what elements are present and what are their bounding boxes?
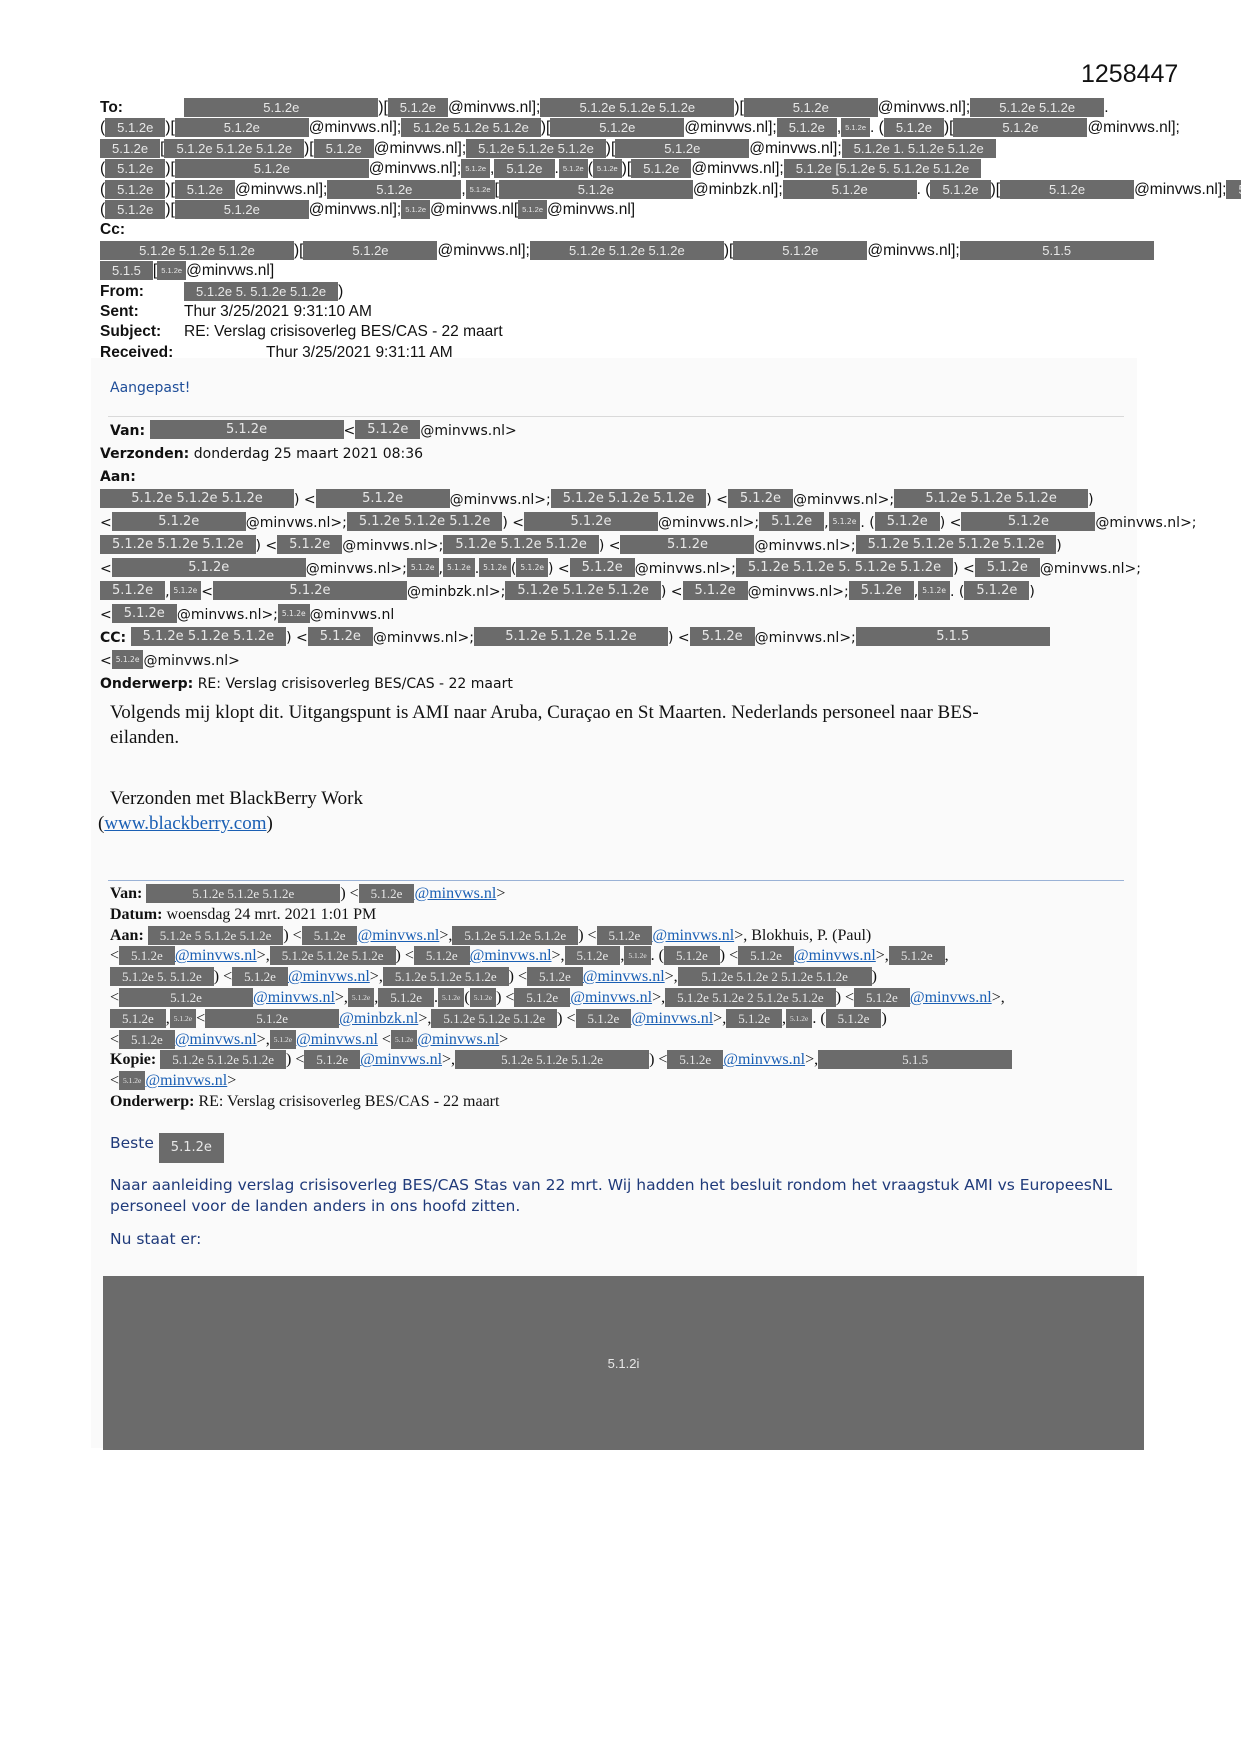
text-run: @minvws.nl];: [684, 119, 776, 136]
redaction-block: 5.1.2e: [270, 1030, 296, 1049]
redaction-block: 5.1.2e: [112, 650, 144, 669]
redaction-block: 5.1.2e: [308, 627, 373, 646]
redaction-block: 5.1.2e: [150, 420, 344, 439]
redaction-block: 5.1.2e: [884, 118, 944, 137]
redaction-block: 5.1.2e: [667, 1050, 723, 1069]
text-run: @minvws.nl];: [448, 99, 540, 116]
text-run: . (: [917, 181, 931, 198]
redaction-block: 5.1.2e: [119, 1030, 175, 1049]
text-run: ) <: [256, 538, 278, 554]
text-run: >,: [992, 989, 1005, 1006]
redaction-block: 5.1.2e: [918, 581, 950, 600]
text-run: >,: [257, 1031, 270, 1048]
redaction-block: 5.1.2e: [391, 1030, 417, 1049]
text-run: @minvws.nl];: [878, 99, 970, 116]
text-run: @minvws.nl>;: [748, 584, 849, 600]
text-run: @minvws.nl];: [691, 160, 783, 177]
text-run: @minvws.nl];: [374, 140, 466, 157]
text-run: @minvws.nl[: [430, 201, 518, 218]
redaction-block: 5.1.2e 5.1.2e 5.1.2e: [452, 926, 578, 945]
onderwerp-field: Onderwerp: RE: Verslag crisisoverleg BES…: [100, 673, 1130, 696]
subject-field: Subject:RE: Verslag crisisoverleg BES/CA…: [100, 322, 1130, 342]
redaction-block: 5.1.2e: [407, 558, 439, 577]
redaction-block: 5.1.2e: [112, 512, 246, 531]
redaction-block: 5.1.2e 5.1.2e 5.1.2e: [505, 581, 661, 600]
text-run: ) <: [502, 515, 524, 531]
redaction-block: 5.1.2e: [975, 558, 1040, 577]
recipient-line: 5.1.2e,5.1.2e<5.1.2e@minbzk.nl>;5.1.2e 5…: [100, 581, 1130, 604]
redaction-block: 5.1.2e: [728, 489, 793, 508]
redaction-block: 5.1.2e: [953, 118, 1087, 137]
verzonden-field: Verzonden: donderdag 25 maart 2021 08:36: [100, 443, 1130, 466]
redaction-block: 5.1.2e: [733, 241, 867, 260]
recipient-line: 5.1.2e 5 5.1.2e 5.1.2e) <5.1.2e@minvws.n…: [148, 927, 871, 944]
text-run: ) <: [396, 947, 414, 964]
email-link[interactable]: @minvws.nl: [288, 968, 370, 985]
text-run: >: [496, 885, 505, 902]
redaction-block: 5.1.2e: [565, 946, 621, 965]
text-run: ) <: [599, 538, 621, 554]
redaction-block: 5.1.2e: [304, 1050, 360, 1069]
redaction-block: 5.1.2e: [443, 558, 475, 577]
redaction-block: 5.1.2e 5.1.2e 5.1.2e: [100, 241, 294, 260]
redaction-block: 5.1.2e 5.1.2e 5.1.2e: [443, 535, 599, 554]
email-link[interactable]: @minvws.nl: [910, 989, 992, 1006]
onderwerp-label-3: Onderwerp:: [110, 1092, 194, 1113]
text-run: ) <: [661, 584, 683, 600]
redaction-block: 5.1.2e: [119, 1071, 145, 1090]
redaction-block: 5.1.2e: [175, 118, 309, 137]
cc-label: Cc:: [100, 220, 180, 240]
redaction-block: 5.1.2e: [159, 1133, 224, 1163]
recipient-line: <5.1.2e@minvws.nl>;5.1.2e,5.1.2e.5.1.2e(…: [100, 558, 1130, 581]
email-link[interactable]: @minvws.nl: [631, 1010, 713, 1027]
redaction-block: 5.1.2e: [783, 180, 917, 199]
redaction-block: 5.1.2e 5.1.2e 5.1.2e: [540, 98, 734, 117]
text-run: )[: [378, 99, 387, 116]
redaction-block: 5.1.2e: [527, 967, 583, 986]
text-run: @minbzk.nl>;: [407, 584, 505, 600]
van-field: Van: 5.1.2e<5.1.2e@minvws.nl>: [100, 420, 1130, 443]
text-run: .: [1104, 99, 1108, 116]
text-run: )[: [294, 242, 303, 259]
redaction-block: 5.1.2e: [829, 512, 861, 531]
message3-header: Van: 5.1.2e 5.1.2e 5.1.2e) <5.1.2e@minvw…: [110, 884, 1130, 1113]
sent-field: Sent:Thur 3/25/2021 9:31:10 AM: [100, 302, 1130, 322]
text-run: ): [872, 968, 877, 985]
text-run: )[: [165, 119, 174, 136]
text-run: ): [1088, 492, 1093, 508]
text-run: ): [1029, 584, 1034, 600]
kopie-label: Kopie:: [110, 1050, 156, 1071]
text-run: @minvws.nl];: [235, 181, 327, 198]
redaction-block: 5.1.2e: [930, 180, 990, 199]
redaction-block: 5.1.2e: [438, 988, 464, 1007]
text-run: @minvws.nl: [310, 607, 395, 623]
paragraph-2: Nu staat er:: [110, 1229, 1120, 1250]
text-run: . (: [870, 119, 884, 136]
text-run: ) <: [578, 927, 596, 944]
signature: Verzonden met BlackBerry Work: [110, 786, 1110, 811]
large-redaction-block: 5.1.2i: [103, 1276, 1144, 1450]
divider: [108, 416, 1124, 417]
text-run: . (: [651, 947, 664, 964]
redaction-block: 5.1.2e: [524, 512, 658, 531]
redaction-block: 5.1.2e: [597, 926, 653, 945]
redaction-block: 5.1.2e 5.1.2e 5.1.2e: [383, 967, 509, 986]
redaction-block: 5.1.2e: [119, 988, 253, 1007]
recipient-line: 5.1.2e 5.1.2e 5.1.2e) <5.1.2e@minvws.nl>…: [100, 535, 1130, 558]
redaction-block: 5.1.2e: [119, 946, 175, 965]
redaction-block: 5.1.2e: [875, 512, 940, 531]
redaction-block: 5.1.2e: [112, 558, 306, 577]
email-link[interactable]: @minvws.nl: [470, 947, 552, 964]
text-run: @minvws.nl>;: [450, 492, 551, 508]
blackberry-link[interactable]: www.blackberry.com: [104, 813, 266, 834]
redaction-block: 5.1.2e 5.1.2e: [970, 98, 1104, 117]
redaction-block: 5.1.2e 5.1.2e 5.1.2e: [401, 118, 541, 137]
text-run: @minvws.nl];: [369, 160, 461, 177]
text-run: >,: [713, 1010, 726, 1027]
recipient-line: 5.1.5[5.1.2e@minvws.nl]: [100, 261, 1130, 281]
redaction-block: 5.1.2e: [105, 118, 165, 137]
redaction-block: 5.1.2e 5.1.2e 5.1.2e: [466, 139, 606, 158]
redaction-block: 5.1.2e 5.1.2e 5.1.2e: [146, 884, 340, 903]
redaction-block: 5.1.2e 5.1.2e 5.1.2e: [474, 627, 668, 646]
cc-field: Cc: 5.1.2e 5.1.2e 5.1.2e)[5.1.2e@minvws.…: [100, 220, 1130, 281]
sent-value: Thur 3/25/2021 9:31:10 AM: [184, 303, 372, 320]
redaction-block: 5.1.2e 5.1.2e 5.1.2e: [164, 139, 304, 158]
text-run: @minvws.nl>;: [1040, 561, 1141, 577]
text-run: @minvws.nl>;: [342, 538, 443, 554]
text-run: >,: [805, 1051, 818, 1068]
redaction-block: 5.1.2e: [303, 241, 437, 260]
recipient-line: 5.1.2e 5.1.2e 5.1.2e) <5.1.2e@minvws.nl>…: [100, 492, 1094, 508]
recipient-line: 5.1.2e 5. 5.1.2e) <5.1.2e@minvws.nl>,5.1…: [110, 967, 1130, 988]
text-run: >,: [442, 1051, 455, 1068]
redaction-block: 5.1.2e: [499, 180, 693, 199]
text-run: . (: [950, 584, 964, 600]
recipient-line: <5.1.2e@minvws.nl>;5.1.2e@minvws.nl: [100, 604, 1130, 627]
text-run: ) <: [706, 492, 728, 508]
text-run: >: [499, 1031, 508, 1048]
redaction-block: 5.1.2e: [105, 200, 165, 219]
redaction-block: 5.1.2e: [205, 1009, 339, 1028]
text-run: ) <: [557, 1010, 575, 1027]
text-run: >,: [665, 968, 678, 985]
text-run: @minvws.nl>;: [306, 561, 407, 577]
redaction-block: 5.1.2e 1. 5.1.2e 5.1.2e: [842, 139, 996, 158]
text-run: <: [110, 947, 119, 964]
redaction-block: 5.1.2e: [100, 581, 165, 600]
redaction-block: 5.1.2e 5. 5.1.2e 5.1.2e: [184, 282, 338, 301]
redaction-block: 5.1.2e: [232, 967, 288, 986]
recipient-line: (5.1.2e)[5.1.2e@minvws.nl];5.1.2e 5.1.2e…: [100, 118, 1130, 138]
text-run: ) <: [286, 1051, 304, 1068]
recipient-line: 5.1.2e)[5.1.2e@minvws.nl];5.1.2e 5.1.2e …: [184, 99, 1108, 116]
redaction-block: 5.1.2e: [1000, 180, 1134, 199]
document-id: 1258447: [1081, 60, 1178, 89]
redaction-block: 5.1.2e: [738, 946, 794, 965]
email-link[interactable]: @minvws.nl: [296, 1031, 378, 1048]
redaction-block: 5.1.2e: [327, 180, 461, 199]
from-field: From:5.1.2e 5. 5.1.2e 5.1.2e): [100, 282, 1130, 302]
email-link[interactable]: @minvws.nl: [417, 1031, 499, 1048]
redaction-block: 5.1.2e: [302, 926, 358, 945]
redaction-block: 5.1.2e: [278, 604, 310, 623]
text-run: @minvws.nl];: [309, 119, 401, 136]
email-link[interactable]: @minvws.nl: [145, 1072, 227, 1089]
text-run: @minvws.nl]: [547, 201, 635, 218]
redaction-block: 5.1.2e: [470, 988, 496, 1007]
email-link[interactable]: @minvws.nl: [357, 927, 439, 944]
redaction-block: 5.1.2e: [889, 946, 945, 965]
cc-recipients: 5.1.2e 5.1.2e 5.1.2e)[5.1.2e@minvws.nl];…: [100, 242, 1154, 259]
text-run: >,: [439, 927, 452, 944]
text-run: @minvws.nl>;: [793, 492, 894, 508]
redaction-block: 5.1.2e: [175, 200, 309, 219]
text-run: ) <: [214, 968, 232, 985]
redaction-block: 5.1.2e: [518, 200, 547, 219]
text-run: )[: [944, 119, 953, 136]
email-link[interactable]: @minvws.nl: [794, 947, 876, 964]
redaction-block: 5.1.2e: [105, 180, 165, 199]
redaction-block: 5.1.2e 5.1.2e 5.1.2e: [131, 627, 287, 646]
text-run: @minvws.nl>: [143, 653, 239, 669]
text-run: @minvws.nl];: [437, 242, 529, 259]
onderwerp-value: RE: Verslag crisisoverleg BES/CAS - 22 m…: [198, 676, 513, 692]
redaction-block: 5.1.2e: [961, 512, 1095, 531]
divider-2: [108, 880, 1124, 881]
verzonden-value: donderdag 25 maart 2021 08:36: [194, 446, 423, 462]
redaction-block: 5.1.2e: [514, 988, 570, 1007]
recipient-line: <5.1.2e@minvws.nl>;5.1.2e 5.1.2e 5.1.2e)…: [100, 512, 1130, 535]
redaction-block: 5.1.2e: [355, 420, 420, 439]
redaction-block: 5.1.2e: [615, 139, 749, 158]
redaction-block: 5.1.2e: [690, 627, 755, 646]
redaction-block: 5.1.2e 5.1.2e 5.1.2e: [270, 946, 396, 965]
text-run: @minvws.nl];: [1134, 181, 1226, 198]
subject-label: Subject:: [100, 322, 184, 342]
text-run: ) <: [283, 927, 301, 944]
redaction-block: 5.1.2e: [359, 884, 415, 903]
cc-field-2: CC: 5.1.2e 5.1.2e 5.1.2e) <5.1.2e@minvws…: [100, 627, 1130, 673]
text-run: ) <: [668, 630, 690, 646]
recipient-line: <5.1.2e@minvws.nl>,5.1.2e 5.1.2e 5.1.2e)…: [110, 946, 1130, 967]
text-run: >,: [335, 989, 348, 1006]
redaction-block: 5.1.2e 5.1.2e 5.1.2e: [455, 1050, 649, 1069]
redaction-block: 5.1.2e: [744, 98, 878, 117]
text-run: @minvws.nl>;: [1095, 515, 1196, 531]
redaction-block: 5.1.2e: [786, 1009, 812, 1028]
text-run: )[: [606, 140, 615, 157]
text-run: ) <: [286, 630, 308, 646]
redaction-block: 5.1.2e 5. 5.1.2e: [110, 967, 214, 986]
text-run: @minvws.nl];: [749, 140, 841, 157]
text-run: ) <: [953, 561, 975, 577]
van-label-3: Van:: [110, 884, 142, 905]
redaction-block: 5.1.2e: [170, 1009, 196, 1028]
recipient-line: 5.1.2e 5.1.2e 5.1.2e) <5.1.2e@minvws.nl>…: [131, 630, 1050, 646]
redaction-block: 5.1.2e: [841, 118, 870, 137]
redaction-block: 5.1.2e: [170, 581, 202, 600]
redaction-block: 5.1.5: [856, 627, 1050, 646]
email-link[interactable]: @minvws.nl: [360, 1051, 442, 1068]
redaction-block: 5.1.2e 5.1.2e 2 5.1.2e 5.1.2e: [678, 967, 872, 986]
cc-label-2: CC:: [100, 627, 126, 650]
text-run: <: [100, 653, 112, 669]
text-run: <: [110, 1031, 119, 1048]
text-run: >,: [370, 968, 383, 985]
recipient-line: <5.1.2e@minvws.nl>,5.1.2e,5.1.2e.5.1.2e(…: [110, 988, 1130, 1009]
redaction-block: 5.1.2e: [826, 1009, 882, 1028]
text-run: <: [100, 515, 112, 531]
recipient-line: 5.1.2e 5.1.2e 5.1.2e) <5.1.2e@minvws.nl>…: [160, 1051, 1012, 1068]
redaction-block: 5.1.2e: [378, 988, 434, 1007]
redaction-block: 5.1.2e 5.1.2e 5.1.2e: [431, 1009, 557, 1028]
redaction-block: 5.1.2e: [550, 118, 684, 137]
text-run: )[: [165, 181, 174, 198]
text-run: >,: [876, 947, 889, 964]
text-run: ): [1056, 538, 1061, 554]
message2-body: Volgends mij klopt dit. Uitgangspunt is …: [110, 700, 1110, 836]
redaction-block: 5.1.2e: [777, 118, 837, 137]
redaction-block: 5.1.2e 5.1.2e 5.1.2e: [100, 489, 294, 508]
to-field: To: 5.1.2e)[5.1.2e@minvws.nl];5.1.2e 5.1…: [100, 98, 1130, 220]
email-link[interactable]: @minvws.nl: [652, 927, 734, 944]
redaction-block: 5.1.2e: [213, 581, 407, 600]
text-run: <: [344, 423, 356, 439]
redaction-block: 5.1.2e: [401, 200, 430, 219]
text-run: >, Blokhuis, P. (Paul): [734, 927, 871, 944]
redaction-block: 5.1.2e 5.1.2e 5.1.2e: [894, 489, 1088, 508]
text-run: ) <: [720, 947, 738, 964]
redaction-block: 5.1.5: [818, 1050, 1012, 1069]
verzonden-label: Verzonden:: [100, 443, 189, 466]
redaction-block: 5.1.2e: [683, 581, 748, 600]
email-link[interactable]: @minvws.nl: [175, 947, 257, 964]
greeting: Beste: [110, 1134, 154, 1152]
redaction-block: 5.1.2e: [494, 159, 554, 178]
redaction-block: 5.1.2e: [849, 581, 914, 600]
redaction-block: 5.1.2e: [184, 98, 378, 117]
text-run: ): [881, 1010, 886, 1027]
redaction-block: 5.1.2e 5.1.2e 2 5.1.2e 5.1.2e: [665, 988, 836, 1007]
recipient-line: (5.1.2e)[5.1.2e@minvws.nl];5.1.2e,5.1.2e…: [100, 159, 1130, 179]
text-run: @minvws.nl>;: [246, 515, 347, 531]
text-run: <: [110, 1072, 119, 1089]
redaction-block: 5.1.2e: [414, 946, 470, 965]
text-run: )[: [541, 119, 550, 136]
text-run: )[: [165, 160, 174, 177]
text-run: >,: [552, 947, 565, 964]
text-run: @minbzk.nl];: [693, 181, 783, 198]
redaction-block: 5.1.2e: [664, 946, 720, 965]
text-run: )[: [734, 99, 743, 116]
redaction-block: 5.1.2e: [175, 180, 235, 199]
recipient-line: <5.1.2e@minvws.nl>: [110, 1071, 1130, 1092]
redaction-block: 5.1.2e: [314, 139, 374, 158]
redaction-block: 5.1.2e: [516, 558, 548, 577]
redaction-block: 5.1.2e 5.1.2e 5.1.2e: [530, 241, 724, 260]
text-run: ) <: [940, 515, 962, 531]
text-run: @minvws.nl>: [420, 423, 516, 439]
text-run: <: [196, 1010, 205, 1027]
text-run: )[: [304, 140, 313, 157]
email-link[interactable]: @minvws.nl: [414, 885, 496, 902]
recipient-line: 5.1.2e 5.1.2e 5.1.2e)[5.1.2e@minvws.nl];…: [100, 242, 1154, 259]
email-link[interactable]: @minvws.nl: [583, 968, 665, 985]
redaction-block: 5.1.2e: [631, 159, 691, 178]
redaction-block: 5.1.2e 5.1.2e 5. 5.1.2e 5.1.2e: [736, 558, 953, 577]
redaction-block: 5.1.2e: [479, 558, 511, 577]
to-recipients: 5.1.2e)[5.1.2e@minvws.nl];5.1.2e 5.1.2e …: [184, 99, 1108, 116]
text-run: . (: [860, 515, 874, 531]
redaction-block: 5.1.2e 5.1.2e 5.1.2e: [100, 535, 256, 554]
email-link[interactable]: @minvws.nl: [723, 1051, 805, 1068]
redaction-block: 5.1.2e: [759, 512, 824, 531]
email-link[interactable]: @minbzk.nl: [339, 1010, 418, 1027]
text-run: ) <: [294, 492, 316, 508]
text-run: <: [100, 561, 112, 577]
text-run: ) <: [649, 1051, 667, 1068]
paragraph-1: Naar aanleiding verslag crisisoverleg BE…: [110, 1175, 1120, 1217]
redaction-block: 5.1.2e: [854, 988, 910, 1007]
text-run: . (: [812, 1010, 825, 1027]
text-run: ) <: [836, 989, 854, 1006]
text-run: )[: [991, 181, 1000, 198]
datum-value: woensdag 24 mrt. 2021 1:01 PM: [166, 906, 376, 923]
text-run: ) <: [548, 561, 570, 577]
redaction-block: 5.1.2e: [726, 1009, 782, 1028]
text-run: @minvws.nl];: [867, 242, 959, 259]
redaction-block: 5.1.2e: [570, 558, 635, 577]
aan-label: Aan:: [100, 466, 136, 489]
redaction-block: 5.1.2e: [620, 535, 754, 554]
redaction-block: 5.1.2e 5.1.2e 5.1.2e: [347, 512, 503, 531]
text-run: ) <: [340, 885, 358, 902]
email-link[interactable]: @minvws.nl: [175, 1031, 257, 1048]
to-label: To:: [100, 98, 180, 118]
text-run: @minvws.nl>;: [658, 515, 759, 531]
text-run: @minvws.nl];: [309, 201, 401, 218]
text-run: <: [201, 584, 213, 600]
redaction-block: 5.1.2e: [110, 1009, 166, 1028]
redaction-block: 5.1.2e: [624, 946, 650, 965]
redaction-block: 5.1.2e: [316, 489, 450, 508]
text-run: )[: [724, 242, 733, 259]
email-link[interactable]: @minvws.nl: [253, 989, 335, 1006]
onderwerp-label: Onderwerp:: [100, 673, 193, 696]
text-run: )[: [165, 201, 174, 218]
redaction-block: 5.1.2e: [964, 581, 1029, 600]
body-line-1: Volgends mij klopt dit. Uitgangspunt is …: [110, 700, 1110, 725]
text-run: <: [110, 989, 119, 1006]
recipient-line: 5.1.2e[5.1.2e 5.1.2e 5.1.2e)[5.1.2e@minv…: [100, 139, 1130, 159]
sent-label: Sent:: [100, 302, 184, 322]
text-run: >,: [652, 989, 665, 1006]
redaction-block: 5.1.2e: [466, 180, 495, 199]
text-run: ) <: [496, 989, 514, 1006]
redaction-block: 5.1.2e 5.1.2e 5.1.2e: [160, 1050, 286, 1069]
text-run: ,: [945, 947, 949, 964]
redaction-block: 5.1.2e: [388, 98, 448, 117]
message3-body: Beste 5.1.2e Naar aanleiding verslag cri…: [110, 1133, 1120, 1250]
text-run: @minvws.nl>;: [754, 538, 855, 554]
aan-label-3: Aan:: [110, 926, 144, 947]
redaction-block: 5.1.2e: [175, 159, 369, 178]
email-link[interactable]: @minvws.nl: [570, 989, 652, 1006]
